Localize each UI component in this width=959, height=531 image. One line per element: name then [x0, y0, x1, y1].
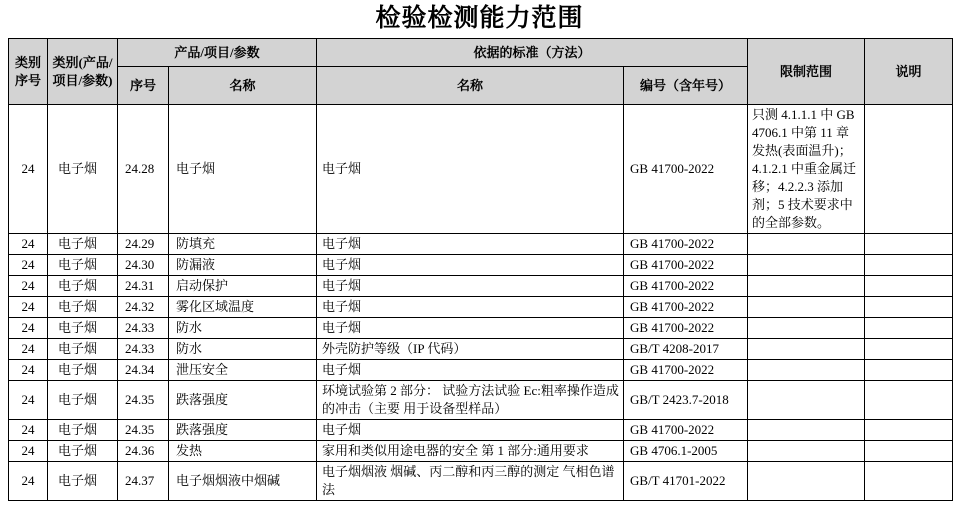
table-row: 24 电子烟 24.35 跌落强度 环境试验第 2 部分： 试验方法试验 Ec:… — [9, 381, 953, 420]
cell-category-no: 24 — [9, 276, 48, 297]
cell-standard-code: GB/T 41701-2022 — [624, 462, 748, 501]
cell-note — [865, 276, 953, 297]
header-restriction: 限制范围 — [748, 39, 865, 105]
cell-note — [865, 381, 953, 420]
cell-product-name: 泄压安全 — [169, 360, 317, 381]
cell-standard-name: 电子烟 — [317, 360, 624, 381]
cell-seq: 24.28 — [118, 105, 169, 234]
cell-category-no: 24 — [9, 381, 48, 420]
cell-restriction — [748, 297, 865, 318]
header-category: 类别(产品/项目/参数) — [48, 39, 118, 105]
table-row: 24 电子烟 24.29 防填充 电子烟 GB 41700-2022 — [9, 234, 953, 255]
cell-restriction — [748, 381, 865, 420]
cell-standard-code: GB 4706.1-2005 — [624, 441, 748, 462]
header-product-group: 产品/项目/参数 — [118, 39, 317, 67]
header-standard-name: 名称 — [317, 67, 624, 105]
cell-standard-name: 电子烟 — [317, 318, 624, 339]
cell-category-no: 24 — [9, 339, 48, 360]
cell-restriction — [748, 318, 865, 339]
table-header: 类别序号 类别(产品/项目/参数) 产品/项目/参数 依据的标准（方法） 限制范… — [9, 39, 953, 105]
cell-category: 电子烟 — [48, 441, 118, 462]
cell-seq: 24.29 — [118, 234, 169, 255]
table-row: 24 电子烟 24.32 雾化区域温度 电子烟 GB 41700-2022 — [9, 297, 953, 318]
table-row: 24 电子烟 24.31 启动保护 电子烟 GB 41700-2022 — [9, 276, 953, 297]
cell-product-name: 防漏液 — [169, 255, 317, 276]
capability-table: 类别序号 类别(产品/项目/参数) 产品/项目/参数 依据的标准（方法） 限制范… — [8, 38, 953, 501]
table-row: 24 电子烟 24.34 泄压安全 电子烟 GB 41700-2022 — [9, 360, 953, 381]
cell-note — [865, 105, 953, 234]
cell-note — [865, 234, 953, 255]
cell-product-name: 防水 — [169, 339, 317, 360]
cell-category-no: 24 — [9, 255, 48, 276]
cell-standard-code: GB 41700-2022 — [624, 318, 748, 339]
cell-standard-name: 环境试验第 2 部分： 试验方法试验 Ec:粗率操作造成的冲击（主要 用于设备型… — [317, 381, 624, 420]
cell-category: 电子烟 — [48, 255, 118, 276]
cell-product-name: 防水 — [169, 318, 317, 339]
cell-standard-name: 电子烟 — [317, 276, 624, 297]
header-product-name: 名称 — [169, 67, 317, 105]
cell-seq: 24.35 — [118, 420, 169, 441]
cell-category: 电子烟 — [48, 360, 118, 381]
cell-category: 电子烟 — [48, 462, 118, 501]
cell-standard-code: GB/T 4208-2017 — [624, 339, 748, 360]
cell-category: 电子烟 — [48, 276, 118, 297]
cell-note — [865, 255, 953, 276]
cell-restriction — [748, 360, 865, 381]
cell-seq: 24.34 — [118, 360, 169, 381]
cell-category-no: 24 — [9, 462, 48, 501]
cell-product-name: 电子烟 — [169, 105, 317, 234]
cell-seq: 24.33 — [118, 339, 169, 360]
table-row: 24 电子烟 24.36 发热 家用和类似用途电器的安全 第 1 部分:通用要求… — [9, 441, 953, 462]
cell-seq: 24.30 — [118, 255, 169, 276]
cell-note — [865, 462, 953, 501]
cell-restriction — [748, 255, 865, 276]
cell-standard-name: 外壳防护等级（IP 代码） — [317, 339, 624, 360]
cell-restriction — [748, 462, 865, 501]
cell-category-no: 24 — [9, 441, 48, 462]
table-row: 24 电子烟 24.35 跌落强度 电子烟 GB 41700-2022 — [9, 420, 953, 441]
table-row: 24 电子烟 24.37 电子烟烟液中烟碱 电子烟烟液 烟碱、丙二醇和丙三醇的测… — [9, 462, 953, 501]
cell-product-name: 防填充 — [169, 234, 317, 255]
cell-product-name: 启动保护 — [169, 276, 317, 297]
cell-product-name: 跌落强度 — [169, 381, 317, 420]
cell-standard-name: 家用和类似用途电器的安全 第 1 部分:通用要求 — [317, 441, 624, 462]
cell-standard-code: GB 41700-2022 — [624, 255, 748, 276]
cell-category-no: 24 — [9, 420, 48, 441]
cell-seq: 24.36 — [118, 441, 169, 462]
cell-note — [865, 297, 953, 318]
cell-restriction — [748, 276, 865, 297]
cell-standard-name: 电子烟 — [317, 420, 624, 441]
document-page: 检验检测能力范围 类别序号 类别(产品/项目/参数) 产品/项目/参数 依据的标… — [0, 0, 959, 531]
cell-seq: 24.35 — [118, 381, 169, 420]
cell-restriction: 只测 4.1.1.1 中 GB 4706.1 中第 11 章 发热(表面温升)；… — [748, 105, 865, 234]
cell-note — [865, 339, 953, 360]
header-standard-no: 编号（含年号） — [624, 67, 748, 105]
cell-category: 电子烟 — [48, 420, 118, 441]
cell-category-no: 24 — [9, 360, 48, 381]
header-product-seq: 序号 — [118, 67, 169, 105]
cell-restriction — [748, 441, 865, 462]
cell-seq: 24.31 — [118, 276, 169, 297]
cell-category: 电子烟 — [48, 339, 118, 360]
cell-category: 电子烟 — [48, 234, 118, 255]
header-category-no: 类别序号 — [9, 39, 48, 105]
cell-product-name: 雾化区域温度 — [169, 297, 317, 318]
table-row: 24 电子烟 24.33 防水 电子烟 GB 41700-2022 — [9, 318, 953, 339]
cell-standard-code: GB 41700-2022 — [624, 105, 748, 234]
table-row: 24 电子烟 24.33 防水 外壳防护等级（IP 代码） GB/T 4208-… — [9, 339, 953, 360]
cell-seq: 24.37 — [118, 462, 169, 501]
cell-standard-code: GB 41700-2022 — [624, 360, 748, 381]
cell-standard-name: 电子烟 — [317, 255, 624, 276]
cell-note — [865, 420, 953, 441]
cell-category: 电子烟 — [48, 105, 118, 234]
cell-category-no: 24 — [9, 234, 48, 255]
table-row: 24 电子烟 24.28 电子烟 电子烟 GB 41700-2022 只测 4.… — [9, 105, 953, 234]
cell-category: 电子烟 — [48, 381, 118, 420]
cell-category-no: 24 — [9, 297, 48, 318]
cell-category-no: 24 — [9, 318, 48, 339]
cell-category: 电子烟 — [48, 318, 118, 339]
cell-product-name: 跌落强度 — [169, 420, 317, 441]
cell-category-no: 24 — [9, 105, 48, 234]
cell-restriction — [748, 420, 865, 441]
cell-restriction — [748, 339, 865, 360]
cell-restriction — [748, 234, 865, 255]
cell-standard-code: GB 41700-2022 — [624, 276, 748, 297]
cell-product-name: 电子烟烟液中烟碱 — [169, 462, 317, 501]
page-title: 检验检测能力范围 — [0, 0, 959, 38]
cell-standard-name: 电子烟 — [317, 297, 624, 318]
cell-note — [865, 441, 953, 462]
header-note: 说明 — [865, 39, 953, 105]
table-row: 24 电子烟 24.30 防漏液 电子烟 GB 41700-2022 — [9, 255, 953, 276]
table-body: 24 电子烟 24.28 电子烟 电子烟 GB 41700-2022 只测 4.… — [9, 105, 953, 501]
cell-standard-code: GB 41700-2022 — [624, 420, 748, 441]
cell-note — [865, 360, 953, 381]
cell-note — [865, 318, 953, 339]
cell-standard-code: GB 41700-2022 — [624, 297, 748, 318]
cell-seq: 24.33 — [118, 318, 169, 339]
cell-standard-code: GB/T 2423.7-2018 — [624, 381, 748, 420]
cell-standard-name: 电子烟烟液 烟碱、丙二醇和丙三醇的测定 气相色谱法 — [317, 462, 624, 501]
cell-standard-name: 电子烟 — [317, 105, 624, 234]
cell-category: 电子烟 — [48, 297, 118, 318]
cell-standard-name: 电子烟 — [317, 234, 624, 255]
cell-seq: 24.32 — [118, 297, 169, 318]
cell-product-name: 发热 — [169, 441, 317, 462]
header-standard-group: 依据的标准（方法） — [317, 39, 748, 67]
cell-standard-code: GB 41700-2022 — [624, 234, 748, 255]
